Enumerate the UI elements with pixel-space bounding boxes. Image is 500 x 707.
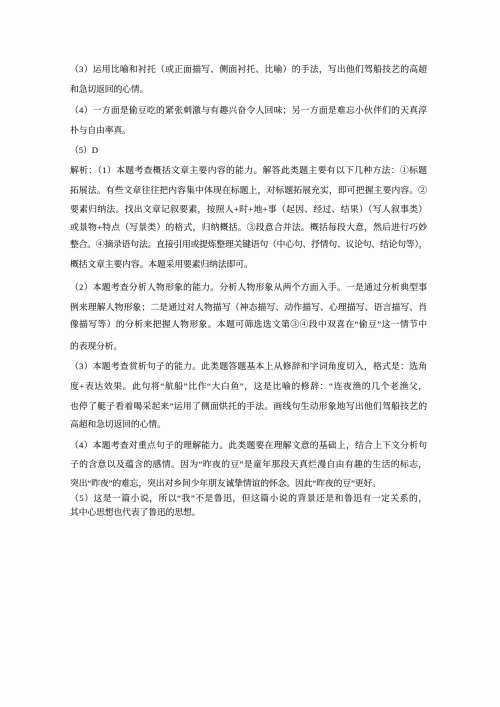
text-line: （2）本题考查分析人物形象的能力。分析人物形象从两个方面入手。一是通过分析典型事	[70, 281, 427, 294]
text-line: 其中心思想也代表了鲁迅的思想。	[70, 506, 427, 519]
text-line: 拓展法。有些文章往往把内容集中体现在标题上，对标题拓展充实，即可把握主要内容。②	[70, 184, 427, 197]
text-line: （3）本题考查赏析句子的能力。此类题答题基本上从修辞和字词角度切入，格式是：选角	[70, 360, 427, 373]
text-line: 子的含意以及蕴含的感情。因为“昨夜的豆”是童年那段天真烂漫自由有趣的生活的标志，	[70, 458, 427, 471]
text-line: 朴与自由率真。	[70, 124, 427, 137]
text-line: （3）运用比喻和衬托（或正面描写、侧面衬托、比喻）的手法，写出他们驾船技艺的高超	[70, 63, 427, 76]
text-line: 突出“昨夜”的难忘，突出对乡间少年朋友诚挚情谊的怀念。因此“昨夜的豆”更好。	[70, 477, 427, 490]
text-line: 例来理解人物形象；二是通过对人物描写（神态描写、动作描写、心理描写、语言描写、肖	[70, 301, 427, 314]
text-line: 概括文章主要内容。本题采用要素归纳法即可。	[70, 258, 427, 271]
text-line: 高超和急切返回的心情。	[70, 418, 427, 431]
text-line: 也停了艇子看着喝采起来”运用了侧面烘托的手法。画线句生动形象地写出他们驾船技艺的	[70, 400, 427, 413]
text-line: 像描写等）的分析来把握人物形象。本题可筛选选文第③④段中双喜在“偷豆”这一情节中	[70, 318, 427, 331]
text-line: （5）D	[70, 144, 427, 157]
text-line: （4）一方面是偷豆吃的紧张刺激与有趣兴奋令人回味；另一方面是难忘小伙伴们的天真淳	[70, 104, 427, 117]
text-line: 和急切返回的心情。	[70, 83, 427, 96]
document-page: （3）运用比喻和衬托（或正面描写、侧面衬托、比喻）的手法，写出他们驾船技艺的高超…	[0, 0, 500, 707]
text-line: 度+表达效果。此句将“航船”比作“大白鱼”，这是比喻的修辞：“连夜渔的几个老渔父…	[70, 380, 427, 393]
text-line: （4）本题考查对重点句子的理解能力。此类题要在理解文意的基础上，结合上下文分析句	[70, 439, 427, 452]
text-line: 或景物+特点（写景类）的格式，归纳概括。③段意合并法。概括每段大意，然后进行巧妙	[70, 221, 427, 234]
text-line: 要素归纳法。找出文章记叙要素，按照人+时+地+事（起因、经过、结果）（写人叙事类…	[70, 203, 427, 216]
answer-text-block: （3）运用比喻和衬托（或正面描写、侧面衬托、比喻）的手法，写出他们驾船技艺的高超…	[70, 0, 427, 707]
text-line: 整合。④摘录语句法。直接引用或提炼整理关键语句（中心句、抒情句、议论句、结论句等…	[70, 238, 427, 251]
text-line: 的表现分析。	[70, 340, 427, 353]
text-line: （5）这是一篇小说，所以“我”不是鲁迅，但这篇小说的背景还是和鲁迅有一定关系的，	[70, 492, 427, 505]
text-line: 解析：（1）本题考查概括文章主要内容的能力。解答此类题主要有以下几种方法：①标题	[70, 164, 427, 177]
